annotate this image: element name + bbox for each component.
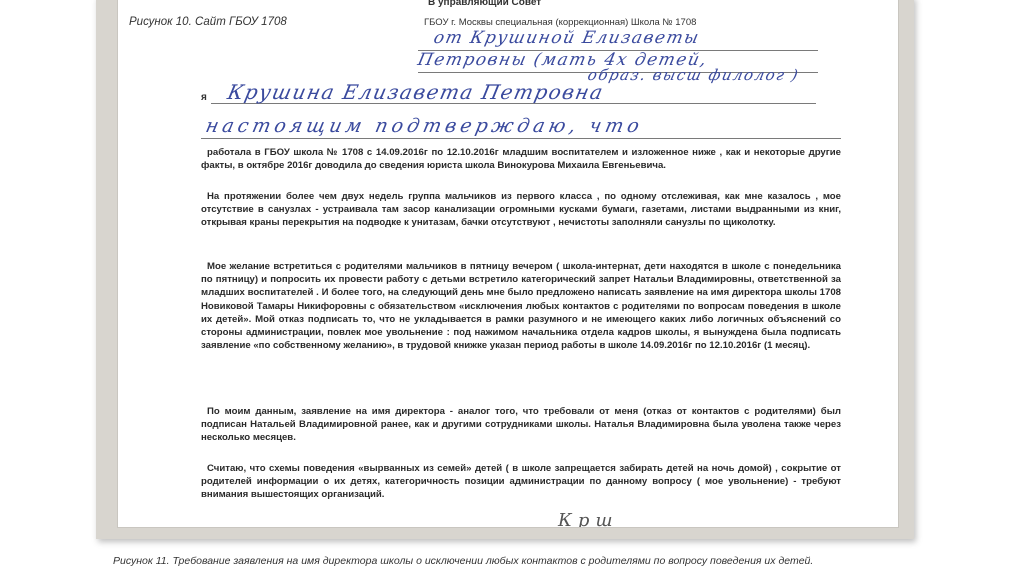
scanned-document: Рисунок 10. Сайт ГБОУ 1708 В управляющий… <box>117 0 899 528</box>
from-handwritten-3: образ. высш филолог ) <box>586 66 801 84</box>
body-paragraph-2: На протяжении более чем двух недель груп… <box>201 190 841 230</box>
addressee: В управляющий Совет <box>428 0 541 8</box>
from-handwritten-1: от Крушиной Елизаветы <box>432 28 702 48</box>
ya-label: я <box>201 92 207 103</box>
form-line <box>201 138 841 139</box>
organization: ГБОУ г. Москвы специальная (коррекционна… <box>424 17 696 28</box>
figure-10-caption: Рисунок 10. Сайт ГБОУ 1708 <box>129 16 287 28</box>
body-paragraph-1: работала в ГБОУ школа № 1708 с 14.09.201… <box>201 146 841 172</box>
body-paragraph-5: Считаю, что схемы поведения «вырванных и… <box>201 462 841 502</box>
body-paragraph-4: По моим данным, заявление на имя директо… <box>201 405 841 445</box>
figure-11-caption: Рисунок 11. Требование заявления на имя … <box>113 555 813 567</box>
signature: Крш <box>558 510 619 528</box>
body-paragraph-3: Мое желание встретиться с родителями мал… <box>201 260 841 352</box>
confirm-handwritten: настоящим подтверждаю, что <box>204 115 646 137</box>
name-handwritten: Крушина Елизавета Петровна <box>225 80 606 104</box>
